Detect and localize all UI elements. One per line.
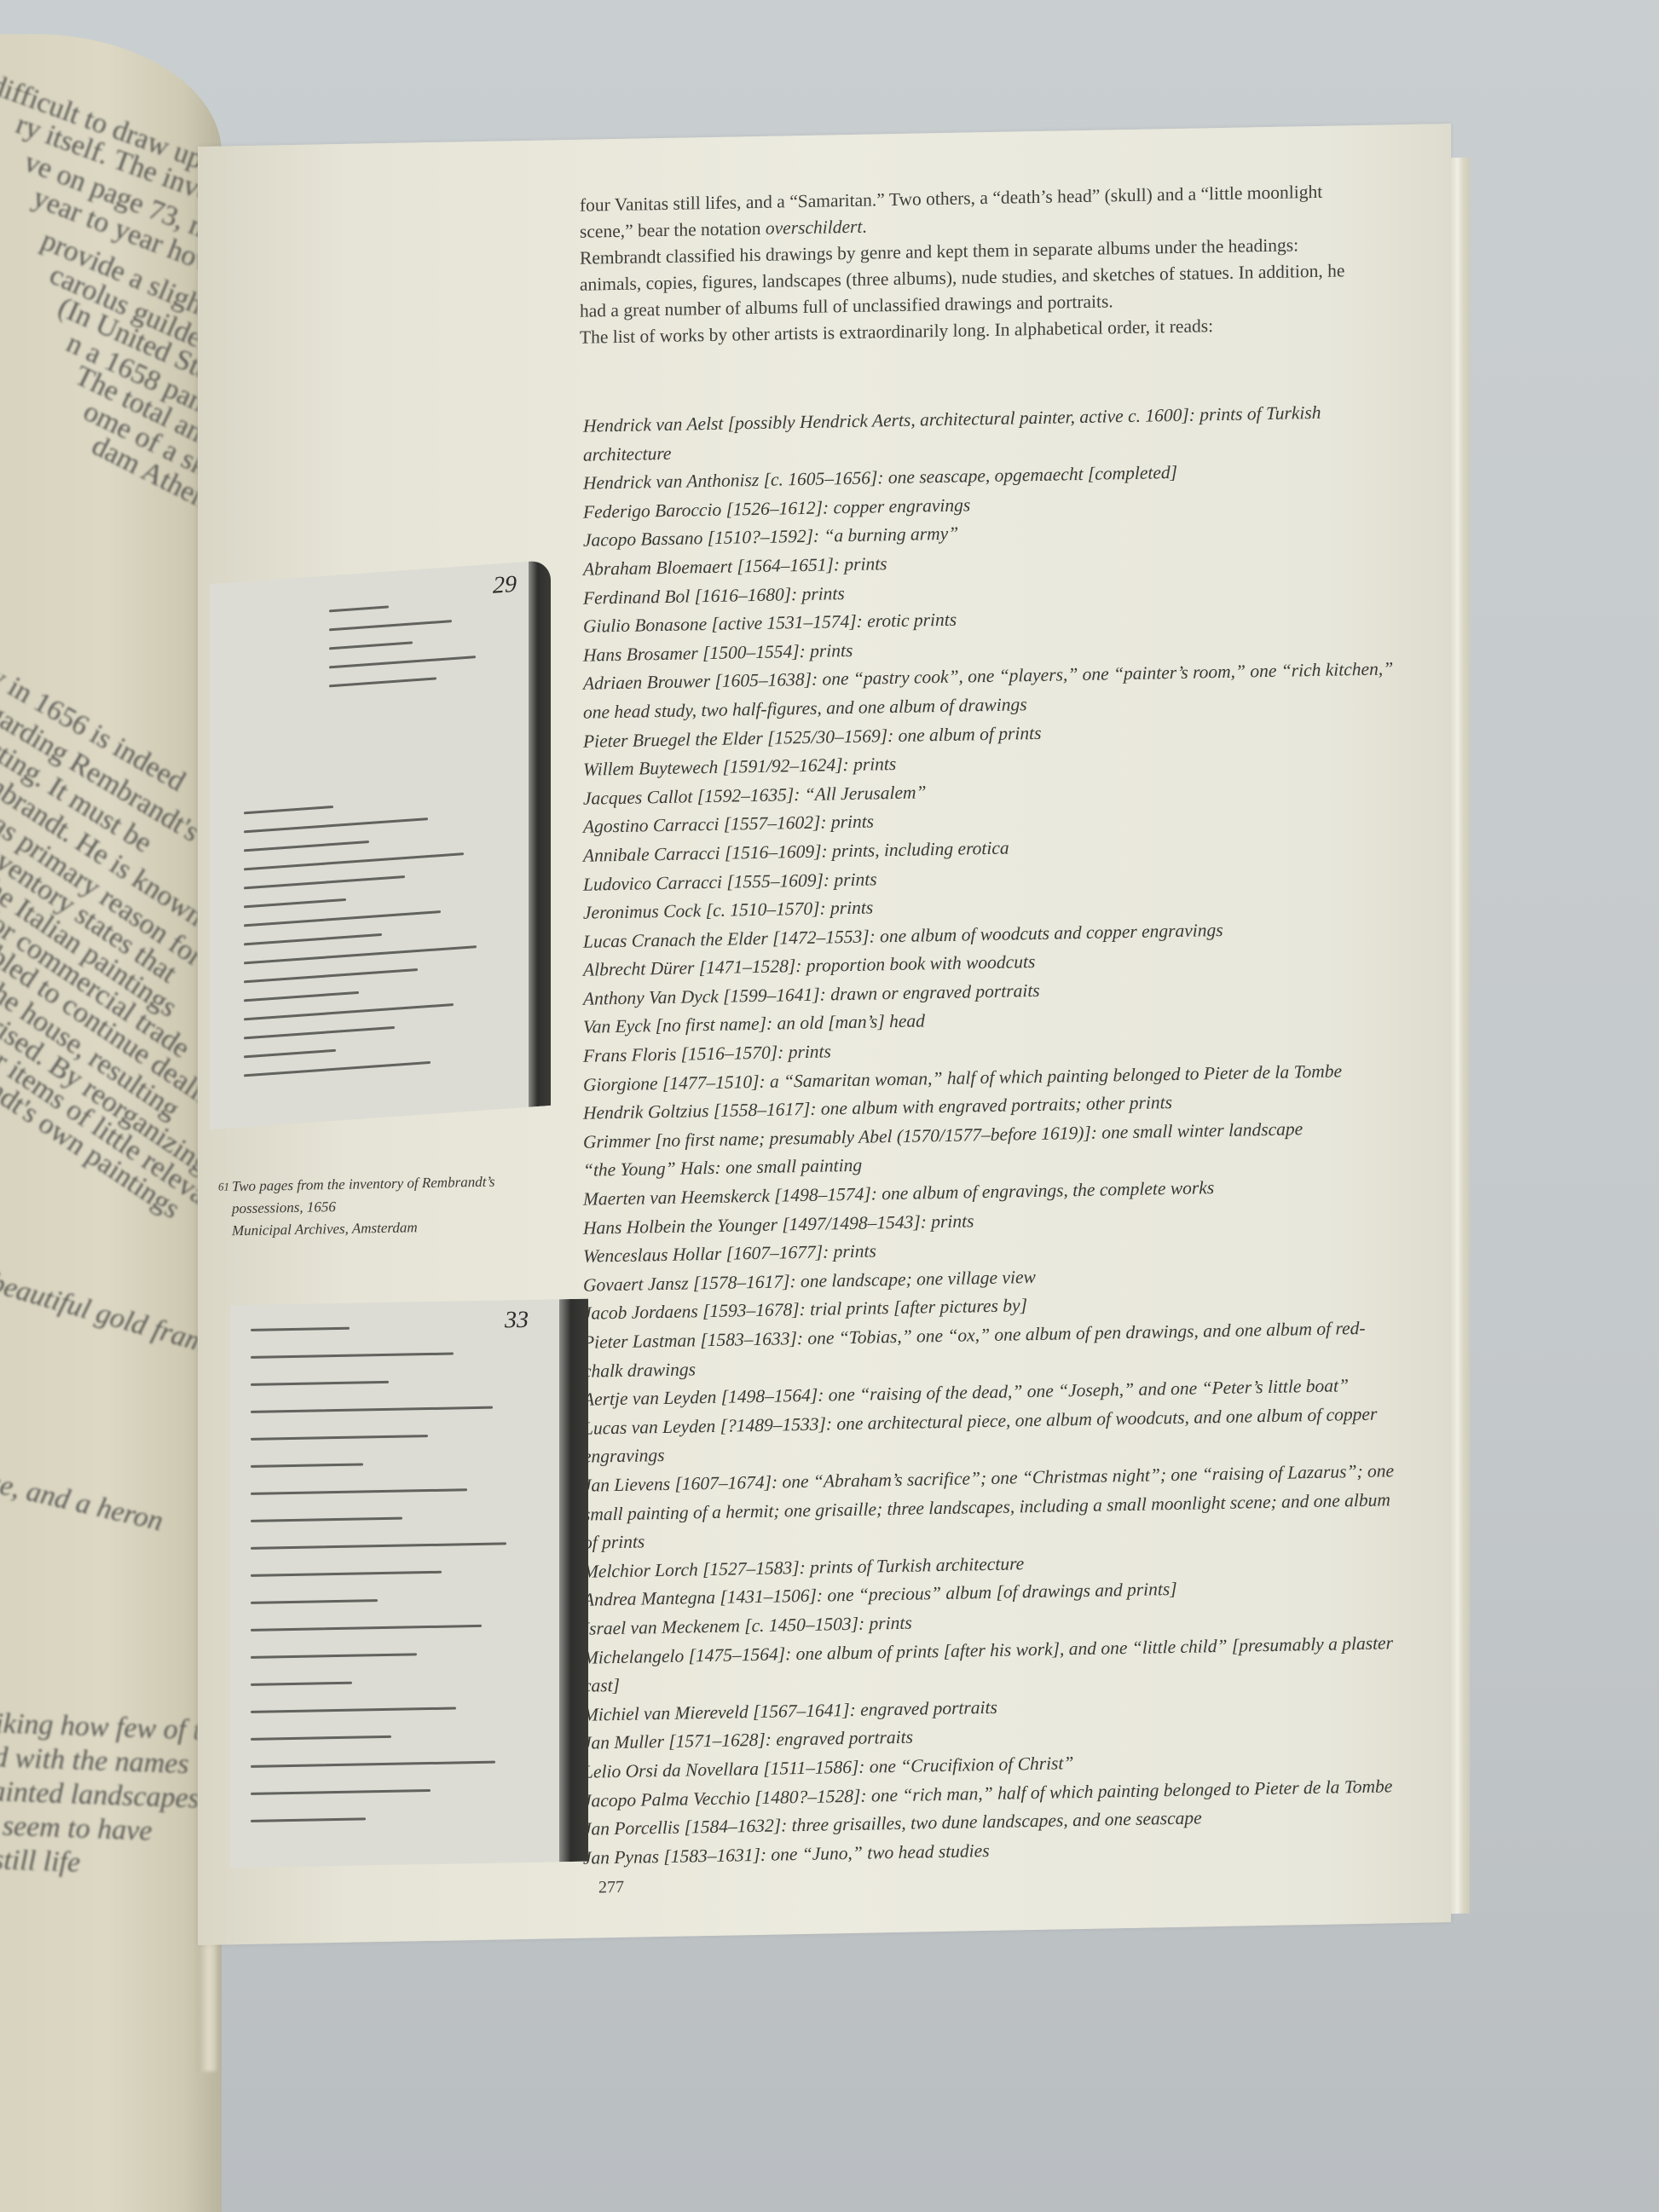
handwriting-line (244, 898, 346, 908)
manuscript-plate-bottom: 33 (230, 1299, 588, 1868)
handwriting-line (251, 1599, 378, 1604)
handwriting-line (251, 1517, 402, 1522)
handwriting-line (244, 1026, 395, 1040)
handwriting-line (251, 1327, 350, 1331)
plate-spine (529, 560, 551, 1107)
handwriting-line (244, 840, 369, 852)
handwriting-line (251, 1653, 417, 1659)
handwriting-line (329, 677, 436, 687)
figure-number: 61 (218, 1175, 229, 1198)
handwriting-line (244, 910, 441, 927)
handwriting-line (244, 1049, 336, 1059)
handwriting-line (329, 620, 452, 631)
left-facing-page: difficult to draw upry itself. The inven… (0, 34, 222, 2212)
handwriting-line (251, 1406, 493, 1413)
left-page-text-fragment: are ex still life (0, 1841, 81, 1880)
caption-title: Two pages from the inventory of Rembrand… (232, 1170, 539, 1221)
handwriting-line (251, 1542, 506, 1550)
handwriting-line (244, 945, 477, 964)
paragraph: Rembrandt classified his drawings by gen… (580, 231, 1347, 324)
handwriting-line (329, 656, 476, 668)
handwriting-line (329, 605, 389, 612)
handwriting-line (244, 806, 333, 814)
handwriting-line (244, 1061, 431, 1077)
left-page-text-fragment: studies seem to have (0, 1807, 153, 1848)
handwriting-line (244, 991, 359, 1002)
left-page-text-fragment: it is striking how few of the (0, 1705, 222, 1748)
figure-caption: 61 Two pages from the inventory of Rembr… (232, 1170, 539, 1243)
handwriting-line (251, 1736, 391, 1741)
artist-list: Hendrick van Aelst [possibly Hendrick Ae… (583, 397, 1402, 1873)
handwriting-line (251, 1463, 363, 1467)
handwriting-line (251, 1761, 495, 1768)
handwriting-line (329, 641, 413, 650)
handwriting-line (244, 933, 382, 945)
manuscript-plate-top: 29 (210, 560, 551, 1129)
handwriting-line (251, 1789, 431, 1795)
handwriting-line (251, 1625, 482, 1632)
handwriting-line (251, 1381, 389, 1386)
caption-source: Municipal Archives, Amsterdam (232, 1215, 539, 1243)
left-page-text-fragment: with a beautiful gold frame (0, 1245, 222, 1364)
folio-number: 33 (505, 1307, 529, 1335)
handwriting-line (251, 1682, 352, 1686)
handwriting-line (244, 852, 464, 870)
folio-number: 29 (493, 571, 517, 600)
handwriting-line (244, 1003, 454, 1020)
handwriting-line (251, 1353, 454, 1359)
right-page: 29 61 Two pages from the inventory of Re… (198, 124, 1451, 1945)
handwriting-line (251, 1707, 456, 1712)
handwriting-line (251, 1571, 442, 1577)
handwriting-line (251, 1817, 366, 1822)
page-block-edge (1449, 158, 1470, 1914)
left-page-text-fragment: , a horse, and a heron (0, 1449, 166, 1538)
handwriting-line (244, 875, 405, 889)
handwriting-line (251, 1488, 467, 1495)
list-item: Jan Lievens [1607–1674]: one “Abraham’s … (583, 1457, 1402, 1557)
handwriting-line (251, 1435, 428, 1441)
handwriting-line (244, 968, 418, 983)
intro-text: four Vanitas still lifes, and a “Samarit… (580, 178, 1347, 350)
page-number: 277 (598, 1878, 624, 1898)
handwriting-line (244, 817, 428, 833)
